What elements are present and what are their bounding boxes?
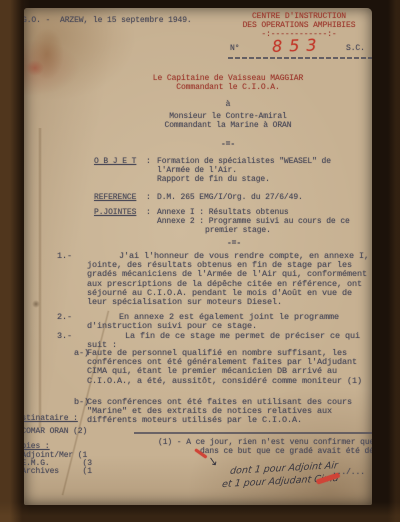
reference-colon: : bbox=[146, 193, 151, 202]
to-word: à bbox=[104, 100, 352, 109]
handwritten-arrow: ↘ bbox=[207, 453, 219, 469]
sender-line1: Le Capitaine de Vaisseau MAGGIAR bbox=[104, 74, 352, 83]
item-b-text: Ces conférences ont été faites en utilis… bbox=[87, 398, 372, 426]
continuation-mark: .../... bbox=[332, 468, 365, 477]
sender-line2: Commandant le C.I.O.A. bbox=[104, 83, 352, 92]
number-label: N° bbox=[230, 44, 239, 53]
subject-colon: : bbox=[146, 157, 151, 166]
reference-text: D.M. 265 EMG/I/Org. du 27/6/49. bbox=[157, 193, 303, 202]
footnote-line2: dans ce but que ce gradé avait été désig… bbox=[200, 447, 372, 456]
paper-stain-top-left bbox=[30, 28, 64, 80]
distribution-destinataire-item: - COMAR ORAN (2) bbox=[24, 427, 87, 436]
distribution-copies-label: Copies : bbox=[24, 442, 50, 451]
paragraph-3-number: 3.- bbox=[57, 332, 72, 341]
reference-label: REFERENCE bbox=[94, 193, 136, 202]
addressee-line2: Commandant la Marine à ORAN bbox=[104, 121, 352, 130]
footnote-separator-rule bbox=[134, 432, 372, 434]
subject-line3: Rapport de fin du stage. bbox=[157, 175, 270, 184]
number-underline-rule bbox=[228, 57, 372, 59]
document-number-handwritten: 853 bbox=[272, 35, 324, 56]
paper-crease-vertical bbox=[38, 128, 42, 428]
scanned-letter-page: { "colors": { "paper": "#c7b192", "ink":… bbox=[0, 0, 400, 522]
corner-mark: G.O. - bbox=[24, 16, 50, 25]
letter-paper: G.O. - ARZEW, le 15 septembre 1949. CENT… bbox=[24, 8, 372, 505]
distribution-copy-item-3: - Archives (1 bbox=[24, 467, 92, 476]
enclosures-line3: premier stage. bbox=[205, 226, 271, 235]
footnote-line1: (1) - A ce jour, rien n'est venu confirm… bbox=[158, 438, 372, 447]
enclosures-label: P.JOINTES bbox=[94, 208, 136, 217]
distribution-destinataire-label: Destinataire : bbox=[24, 414, 78, 423]
paragraph-2-number: 2.- bbox=[57, 313, 72, 322]
number-suffix: S.C. bbox=[346, 44, 365, 53]
paragraph-2-text: En annexe 2 est également joint le progr… bbox=[87, 313, 372, 331]
subject-label: O B J E T bbox=[94, 157, 136, 166]
enclosures-line2: Annexe 2 : Programme suivi au cours de c… bbox=[157, 217, 350, 226]
enclosures-line1: Annexe I : Résultats obtenus bbox=[157, 208, 289, 217]
section-divider: -=- bbox=[204, 239, 264, 248]
subject-line1: Formation de spécialistes "WEASEL" de bbox=[157, 157, 331, 166]
org-name-line2: DES OPERATIONS AMPHIBIES bbox=[224, 21, 372, 30]
subject-line2: l'Armée de l'Air. bbox=[157, 166, 237, 175]
org-name-line1: CENTRE D'INSTRUCTION bbox=[224, 12, 372, 21]
addressee-line1: Monsieur le Contre-Amiral bbox=[104, 112, 352, 121]
paragraph-1-text: J'ai l'honneur de vous rendre compte, en… bbox=[87, 252, 372, 307]
paper-stain-red-smudge bbox=[26, 60, 44, 76]
enclosures-colon: : bbox=[146, 208, 151, 217]
item-a-text: Faute de personnel qualifié en nombre su… bbox=[87, 349, 372, 386]
paragraph-1-number: 1.- bbox=[57, 252, 72, 261]
addressee-divider: -=- bbox=[104, 140, 352, 149]
dateline: ARZEW, le 15 septembre 1949. bbox=[60, 16, 192, 25]
